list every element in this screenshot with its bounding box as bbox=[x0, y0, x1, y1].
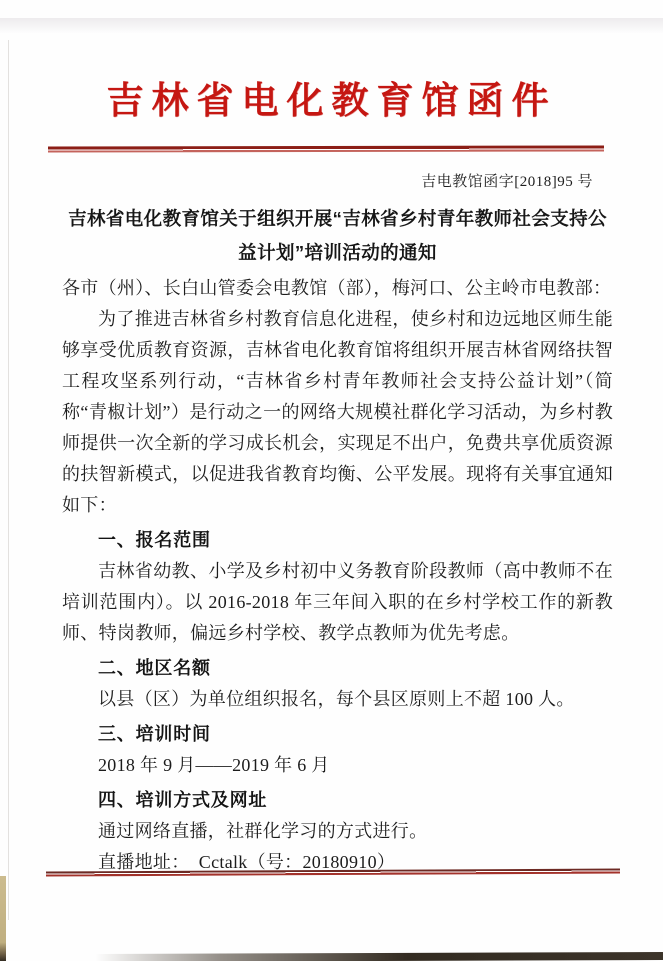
paragraph-scope: 吉林省幼教、小学及乡村初中义务教育阶段教师（高中教师不在培训范围内）。以 201… bbox=[62, 556, 613, 649]
scan-edge-corner bbox=[0, 876, 6, 961]
scanned-document-page: 吉林省电化教育馆函件 吉电教馆函字[2018]95 号 吉林省电化教育馆关于组织… bbox=[0, 0, 663, 961]
section-heading-3: 三、培训时间 bbox=[62, 719, 613, 750]
section-heading-4: 四、培训方式及网址 bbox=[62, 785, 613, 816]
document-body: 吉林省电化教育馆关于组织开展“吉林省乡村青年教师社会支持公益计划”培训活动的通知… bbox=[62, 202, 613, 878]
salutation: 各市（州）、长白山管委会电教馆（部），梅河口、公主岭市电教部： bbox=[62, 273, 613, 304]
section-heading-1: 一、报名范围 bbox=[62, 525, 613, 556]
section-heading-2: 二、地区名额 bbox=[62, 653, 613, 684]
scan-shadow-top bbox=[0, 18, 663, 34]
notice-title: 吉林省电化教育馆关于组织开展“吉林省乡村青年教师社会支持公益计划”培训活动的通知 bbox=[62, 202, 613, 270]
paragraph-method: 通过网络直播，社群化学习的方式进行。 bbox=[62, 816, 613, 847]
paragraph-quota: 以县（区）为单位组织报名，每个县区原则上不超 100 人。 bbox=[62, 684, 613, 715]
paragraph-schedule: 2018 年 9 月——2019 年 6 月 bbox=[62, 750, 613, 781]
letterhead-title: 吉林省电化教育馆函件 bbox=[0, 82, 663, 122]
doc-number: 吉电教馆函字[2018]95 号 bbox=[0, 172, 593, 192]
header-rule bbox=[48, 146, 604, 153]
paragraph-intro: 为了推进吉林省乡村教育信息化进程，使乡村和边远地区师生能够享受优质教育资源，吉林… bbox=[62, 304, 613, 521]
scan-edge-bottom bbox=[95, 952, 663, 961]
